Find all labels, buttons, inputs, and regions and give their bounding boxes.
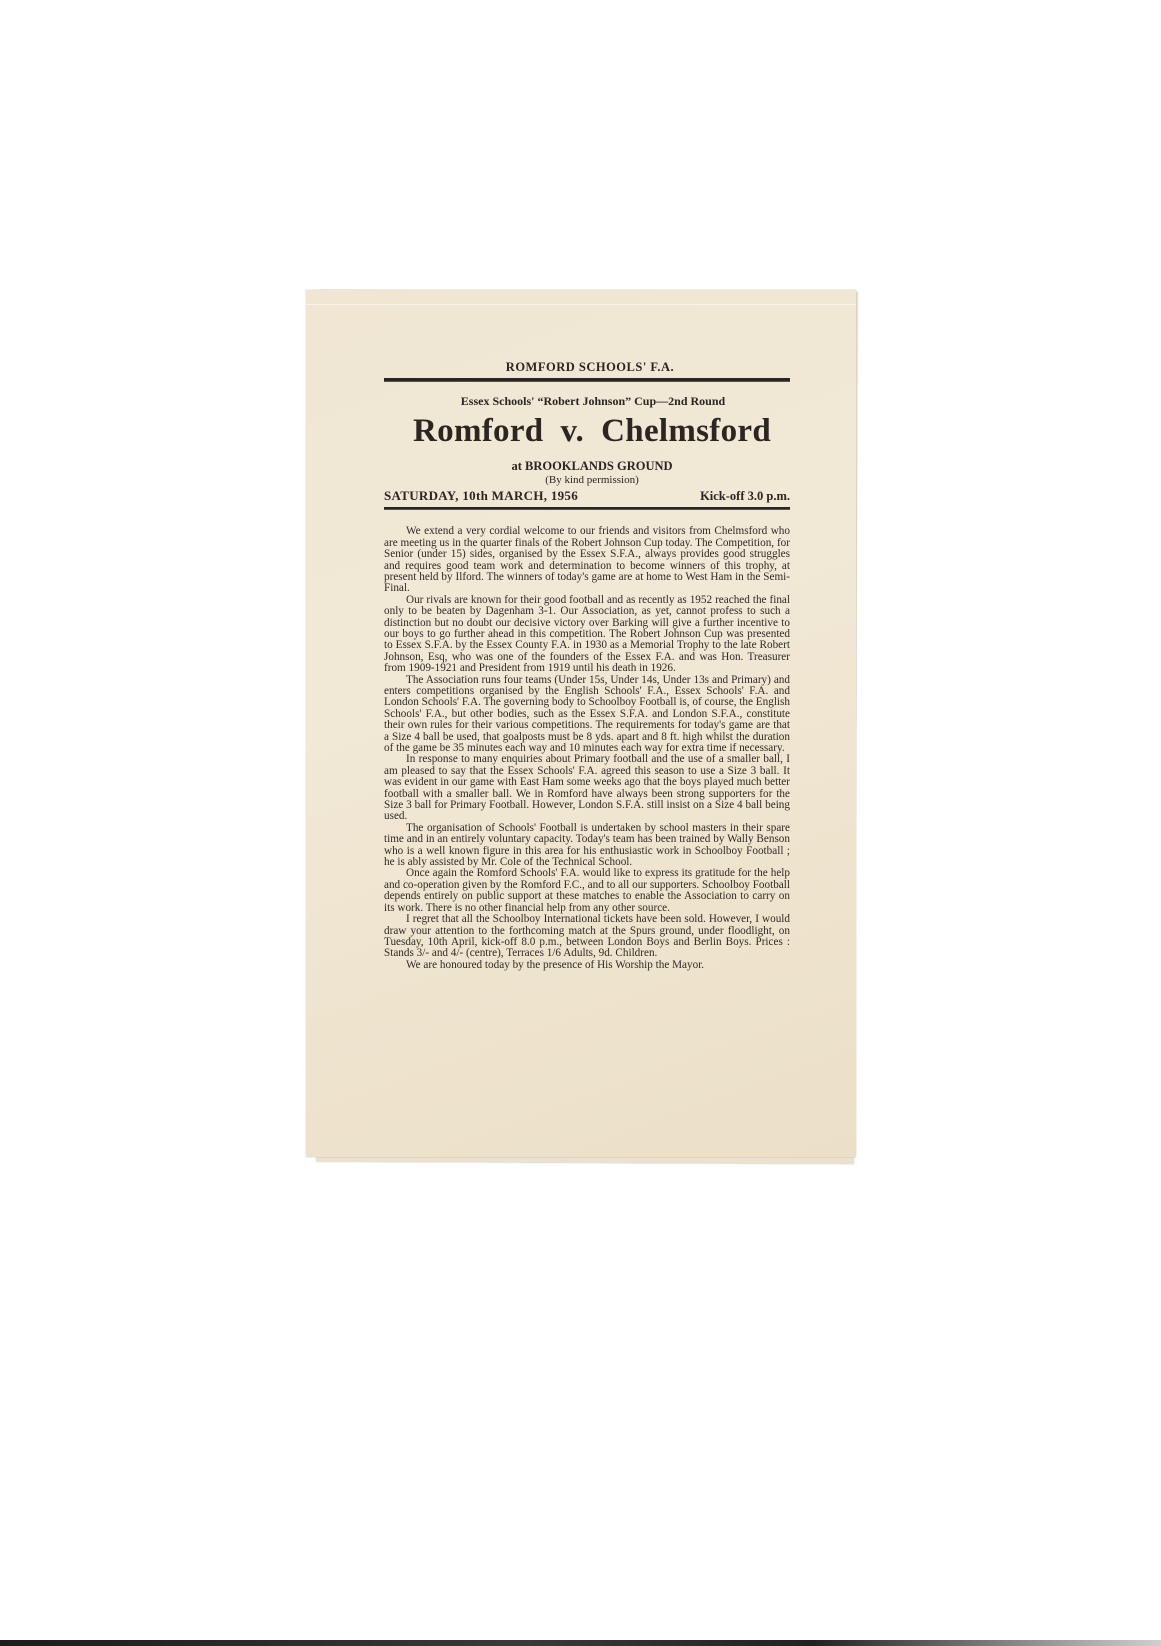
paragraph: I regret that all the Schoolboy Internat…: [384, 914, 790, 960]
paper-crease: [306, 304, 856, 305]
venue: at BROOKLANDS GROUND: [394, 459, 790, 474]
kickoff-time: Kick-off 3.0 p.m.: [700, 489, 790, 504]
programme-content: ROMFORD SCHOOLS' F.A. Essex Schools' “Ro…: [384, 360, 790, 971]
programme-sheet: ROMFORD SCHOOLS' F.A. Essex Schools' “Ro…: [306, 290, 856, 1157]
paragraph: We are honoured today by the presence of…: [384, 960, 790, 971]
scan-edge: [0, 1640, 1161, 1646]
paragraph: We extend a very cordial welcome to our …: [384, 526, 790, 594]
organisation-heading: ROMFORD SCHOOLS' F.A.: [390, 360, 790, 375]
paragraph: In response to many enquiries about Prim…: [384, 754, 790, 822]
paragraph: The organisation of Schools' Football is…: [384, 823, 790, 869]
match-title: Romford v. Chelmsford: [394, 413, 790, 449]
permission-note: (By kind permission): [394, 474, 790, 486]
match-date: SATURDAY, 10th MARCH, 1956: [384, 488, 578, 504]
paragraph: Once again the Romford Schools' F.A. wou…: [384, 868, 790, 914]
paragraph: Our rivals are known for their good foot…: [384, 595, 790, 675]
paragraph: The Association runs four teams (Under 1…: [384, 675, 790, 755]
header-rule: [384, 378, 790, 382]
date-rule: [384, 507, 790, 510]
date-row: SATURDAY, 10th MARCH, 1956 Kick-off 3.0 …: [384, 488, 790, 504]
article-body: We extend a very cordial welcome to our …: [384, 526, 790, 971]
competition-title: Essex Schools' “Robert Johnson” Cup—2nd …: [396, 394, 790, 409]
